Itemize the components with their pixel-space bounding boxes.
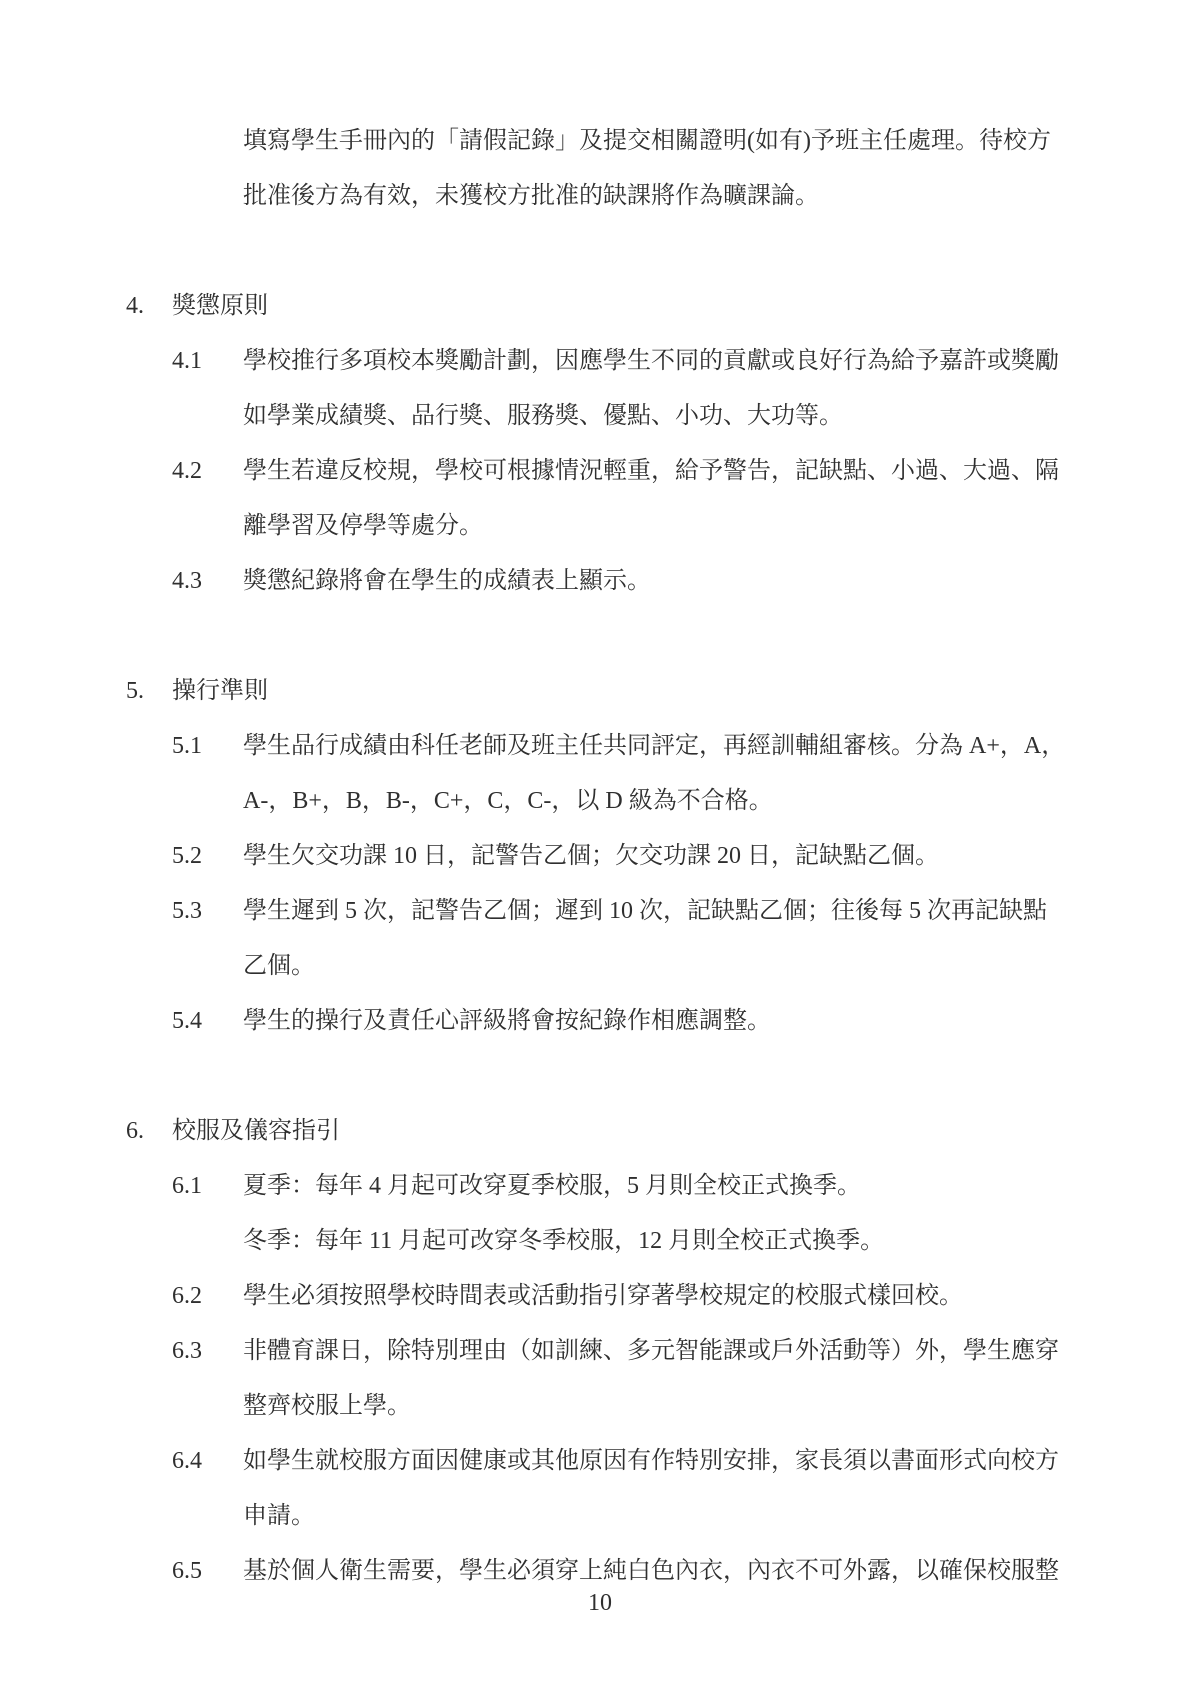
item-number: 5.4: [172, 994, 243, 1049]
section-title: 獎懲原則: [172, 279, 1080, 334]
text-line: 申請。: [243, 1489, 1080, 1544]
item-text: 夏季：每年 4 月起可改穿夏季校服，5 月則全校正式換季。冬季：每年 11 月起…: [243, 1159, 1080, 1269]
text-line: 學校推行多項校本獎勵計劃，因應學生不同的貢獻或良好行為給予嘉許或獎勵: [243, 334, 1080, 389]
item-5.2: 5.2學生欠交功課 10 日，記警告乙個；欠交功課 20 日，記缺點乙個。: [172, 829, 1080, 884]
text-line: 學生若違反校規，學校可根據情況輕重，給予警告，記缺點、小過、大過、隔: [243, 444, 1080, 499]
intro-paragraph: 填寫學生手冊內的「請假記錄」及提交相關證明(如有)予班主任處理。待校方批准後方為…: [243, 114, 1080, 224]
item-text: 獎懲紀錄將會在學生的成績表上顯示。: [243, 554, 1080, 609]
item-6.1: 6.1夏季：每年 4 月起可改穿夏季校服，5 月則全校正式換季。冬季：每年 11…: [172, 1159, 1080, 1269]
section-6: 6.校服及儀容指引6.1夏季：每年 4 月起可改穿夏季校服，5 月則全校正式換季…: [126, 1104, 1080, 1599]
text-line: 夏季：每年 4 月起可改穿夏季校服，5 月則全校正式換季。: [243, 1159, 1080, 1214]
item-text: 學生的操行及責任心評級將會按紀錄作相應調整。: [243, 994, 1080, 1049]
item-5.1: 5.1學生品行成績由科任老師及班主任共同評定，再經訓輔組審核。分為 A+，A，A…: [172, 719, 1080, 829]
item-number: 5.2: [172, 829, 243, 884]
item-text: 學校推行多項校本獎勵計劃，因應學生不同的貢獻或良好行為給予嘉許或獎勵如學業成績獎…: [243, 334, 1080, 444]
item-number: 5.3: [172, 884, 243, 994]
section-title: 校服及儀容指引: [172, 1104, 1080, 1159]
item-text: 非體育課日，除特別理由（如訓練、多元智能課或戶外活動等）外，學生應穿整齊校服上學…: [243, 1324, 1080, 1434]
item-number: 4.3: [172, 554, 243, 609]
item-number: 6.2: [172, 1269, 243, 1324]
item-text: 學生若違反校規，學校可根據情況輕重，給予警告，記缺點、小過、大過、隔離學習及停學…: [243, 444, 1080, 554]
item-5.3: 5.3學生遲到 5 次，記警告乙個；遲到 10 次，記缺點乙個；往後每 5 次再…: [172, 884, 1080, 994]
item-text: 學生遲到 5 次，記警告乙個；遲到 10 次，記缺點乙個；往後每 5 次再記缺點…: [243, 884, 1080, 994]
section-number: 6.: [126, 1104, 172, 1159]
item-text: 學生欠交功課 10 日，記警告乙個；欠交功課 20 日，記缺點乙個。: [243, 829, 1080, 884]
item-number: 6.4: [172, 1434, 243, 1544]
text-line: 整齊校服上學。: [243, 1379, 1080, 1434]
item-6.3: 6.3非體育課日，除特別理由（如訓練、多元智能課或戶外活動等）外，學生應穿整齊校…: [172, 1324, 1080, 1434]
intro-line: 填寫學生手冊內的「請假記錄」及提交相關證明(如有)予班主任處理。待校方: [243, 114, 1080, 169]
section-5: 5.操行準則5.1學生品行成績由科任老師及班主任共同評定，再經訓輔組審核。分為 …: [126, 664, 1080, 1049]
text-line: 離學習及停學等處分。: [243, 499, 1080, 554]
text-line: 學生必須按照學校時間表或活動指引穿著學校規定的校服式樣回校。: [243, 1269, 1080, 1324]
page-number: 10: [0, 1589, 1200, 1617]
text-line: 如學業成績獎、品行獎、服務獎、優點、小功、大功等。: [243, 389, 1080, 444]
text-line: 獎懲紀錄將會在學生的成績表上顯示。: [243, 554, 1080, 609]
item-number: 6.3: [172, 1324, 243, 1434]
item-number: 5.1: [172, 719, 243, 829]
section-heading: 6.校服及儀容指引: [126, 1104, 1080, 1159]
item-6.4: 6.4如學生就校服方面因健康或其他原因有作特別安排，家長須以書面形式向校方申請。: [172, 1434, 1080, 1544]
section-4: 4.獎懲原則4.1學校推行多項校本獎勵計劃，因應學生不同的貢獻或良好行為給予嘉許…: [126, 279, 1080, 609]
section-number: 4.: [126, 279, 172, 334]
page-content: 填寫學生手冊內的「請假記錄」及提交相關證明(如有)予班主任處理。待校方批准後方為…: [0, 0, 1200, 1599]
sections-container: 4.獎懲原則4.1學校推行多項校本獎勵計劃，因應學生不同的貢獻或良好行為給予嘉許…: [126, 279, 1080, 1599]
section-title: 操行準則: [172, 664, 1080, 719]
item-6.2: 6.2學生必須按照學校時間表或活動指引穿著學校規定的校服式樣回校。: [172, 1269, 1080, 1324]
section-heading: 4.獎懲原則: [126, 279, 1080, 334]
item-text: 學生必須按照學校時間表或活動指引穿著學校規定的校服式樣回校。: [243, 1269, 1080, 1324]
intro-line: 批准後方為有效，未獲校方批准的缺課將作為曠課論。: [243, 169, 1080, 224]
text-line: 如學生就校服方面因健康或其他原因有作特別安排，家長須以書面形式向校方: [243, 1434, 1080, 1489]
item-4.3: 4.3獎懲紀錄將會在學生的成績表上顯示。: [172, 554, 1080, 609]
text-line: 學生品行成績由科任老師及班主任共同評定，再經訓輔組審核。分為 A+，A，: [243, 719, 1080, 774]
item-number: 4.1: [172, 334, 243, 444]
document-page: 填寫學生手冊內的「請假記錄」及提交相關證明(如有)予班主任處理。待校方批准後方為…: [0, 0, 1200, 1697]
text-line: 學生遲到 5 次，記警告乙個；遲到 10 次，記缺點乙個；往後每 5 次再記缺點: [243, 884, 1080, 939]
text-line: A-，B+，B，B-，C+，C，C-，以 D 級為不合格。: [243, 774, 1080, 829]
item-number: 4.2: [172, 444, 243, 554]
text-line: 學生欠交功課 10 日，記警告乙個；欠交功課 20 日，記缺點乙個。: [243, 829, 1080, 884]
text-line: 乙個。: [243, 939, 1080, 994]
section-heading: 5.操行準則: [126, 664, 1080, 719]
item-4.2: 4.2學生若違反校規，學校可根據情況輕重，給予警告，記缺點、小過、大過、隔離學習…: [172, 444, 1080, 554]
section-number: 5.: [126, 664, 172, 719]
item-5.4: 5.4學生的操行及責任心評級將會按紀錄作相應調整。: [172, 994, 1080, 1049]
text-line: 冬季：每年 11 月起可改穿冬季校服，12 月則全校正式換季。: [243, 1214, 1080, 1269]
item-text: 如學生就校服方面因健康或其他原因有作特別安排，家長須以書面形式向校方申請。: [243, 1434, 1080, 1544]
item-4.1: 4.1學校推行多項校本獎勵計劃，因應學生不同的貢獻或良好行為給予嘉許或獎勵如學業…: [172, 334, 1080, 444]
text-line: 學生的操行及責任心評級將會按紀錄作相應調整。: [243, 994, 1080, 1049]
item-text: 學生品行成績由科任老師及班主任共同評定，再經訓輔組審核。分為 A+，A，A-，B…: [243, 719, 1080, 829]
item-number: 6.1: [172, 1159, 243, 1269]
text-line: 非體育課日，除特別理由（如訓練、多元智能課或戶外活動等）外，學生應穿: [243, 1324, 1080, 1379]
